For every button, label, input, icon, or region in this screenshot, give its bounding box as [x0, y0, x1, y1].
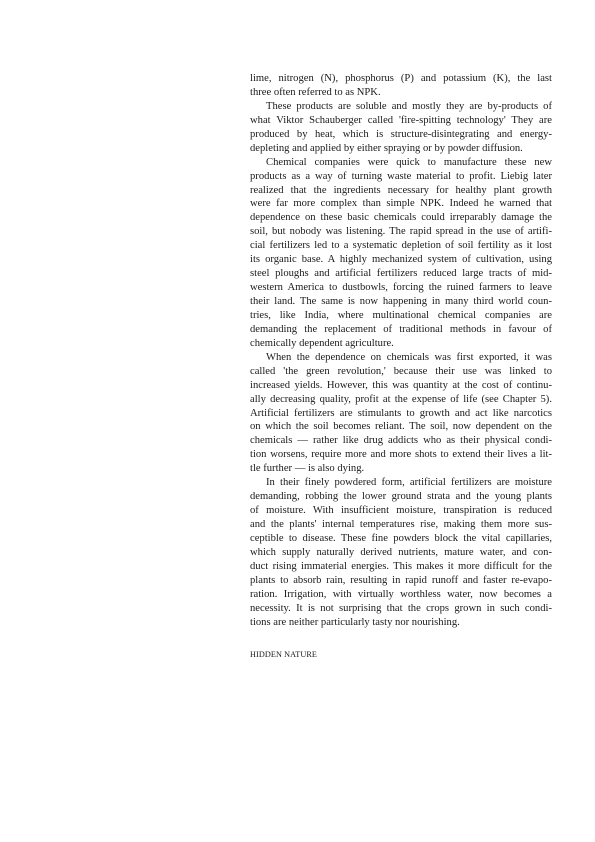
- text-line: ceptible to disease. These fine powders …: [250, 532, 552, 546]
- text-line: western America to dustbowls, forcing th…: [250, 281, 552, 295]
- text-line: These products are soluble and mostly th…: [250, 100, 552, 114]
- text-line: demanding the replacement of traditional…: [250, 323, 552, 337]
- text-line: called 'the green revolution,' because t…: [250, 365, 552, 379]
- text-line: and the plants' internal temperatures ri…: [250, 518, 552, 532]
- text-line: lime, nitrogen (N), phosphorus (P) and p…: [250, 72, 552, 86]
- text-line: their land. The same is now happening in…: [250, 295, 552, 309]
- text-line: In their finely powdered form, artificia…: [250, 476, 552, 490]
- text-line: tion worsens, require more and more shot…: [250, 448, 552, 462]
- text-line: Chemical companies were quick to manufac…: [250, 156, 552, 170]
- text-line: dependence on these basic chemicals coul…: [250, 211, 552, 225]
- text-line: tle further — is also dying.: [250, 462, 552, 476]
- text-line: chemically dependent agriculture.: [250, 337, 552, 351]
- text-line: plants to absorb rain, resulting in rapi…: [250, 574, 552, 588]
- text-line: demanding, robbing the lower ground stra…: [250, 490, 552, 504]
- text-line: duct rising immaterial energies. This ma…: [250, 560, 552, 574]
- text-line: steel ploughs and artificial fertilizers…: [250, 267, 552, 281]
- text-line: Artificial fertilizers are stimulants to…: [250, 407, 552, 421]
- paragraph: When the dependence on chemicals was fir…: [250, 351, 552, 476]
- text-line: necessity. It is not surprising that the…: [250, 602, 552, 616]
- text-line: products as a way of turning waste mater…: [250, 170, 552, 184]
- paragraph: Chemical companies were quick to manufac…: [250, 156, 552, 351]
- text-line: chemicals — rather like drug addicts who…: [250, 434, 552, 448]
- document-page: lime, nitrogen (N), phosphorus (P) and p…: [0, 0, 595, 842]
- body-text: lime, nitrogen (N), phosphorus (P) and p…: [250, 72, 552, 630]
- paragraph: lime, nitrogen (N), phosphorus (P) and p…: [250, 72, 552, 100]
- text-line: were far more complex than simple NPK. I…: [250, 197, 552, 211]
- text-line: what Viktor Schauberger called 'fire-spi…: [250, 114, 552, 128]
- paragraph: In their finely powdered form, artificia…: [250, 476, 552, 629]
- text-line: produced by heat, which is structure-dis…: [250, 128, 552, 142]
- text-line: three often referred to as NPK.: [250, 86, 552, 100]
- text-line: tries, like India, where multinational c…: [250, 309, 552, 323]
- text-line: of moisture. With insufficient moisture,…: [250, 504, 552, 518]
- text-line: tions are neither particularly tasty nor…: [250, 616, 552, 630]
- text-line: on which the soil becomes reliant. The s…: [250, 420, 552, 434]
- text-line: cial fertilizers led to a systematic dep…: [250, 239, 552, 253]
- text-line: depleting and applied by either spraying…: [250, 142, 552, 156]
- text-line: its organic base. A highly mechanized sy…: [250, 253, 552, 267]
- text-line: realized that the ingredients necessary …: [250, 184, 552, 198]
- text-line: ration. Irrigation, with virtually worth…: [250, 588, 552, 602]
- running-footer: HIDDEN NATURE: [250, 650, 317, 659]
- text-line: ally decreasing quality, profit at the e…: [250, 393, 552, 407]
- text-line: soil, but nobody was listening. The rapi…: [250, 225, 552, 239]
- paragraph: These products are soluble and mostly th…: [250, 100, 552, 156]
- text-line: increased yields. However, this was quan…: [250, 379, 552, 393]
- text-line: which supply naturally derived nutrients…: [250, 546, 552, 560]
- text-line: When the dependence on chemicals was fir…: [250, 351, 552, 365]
